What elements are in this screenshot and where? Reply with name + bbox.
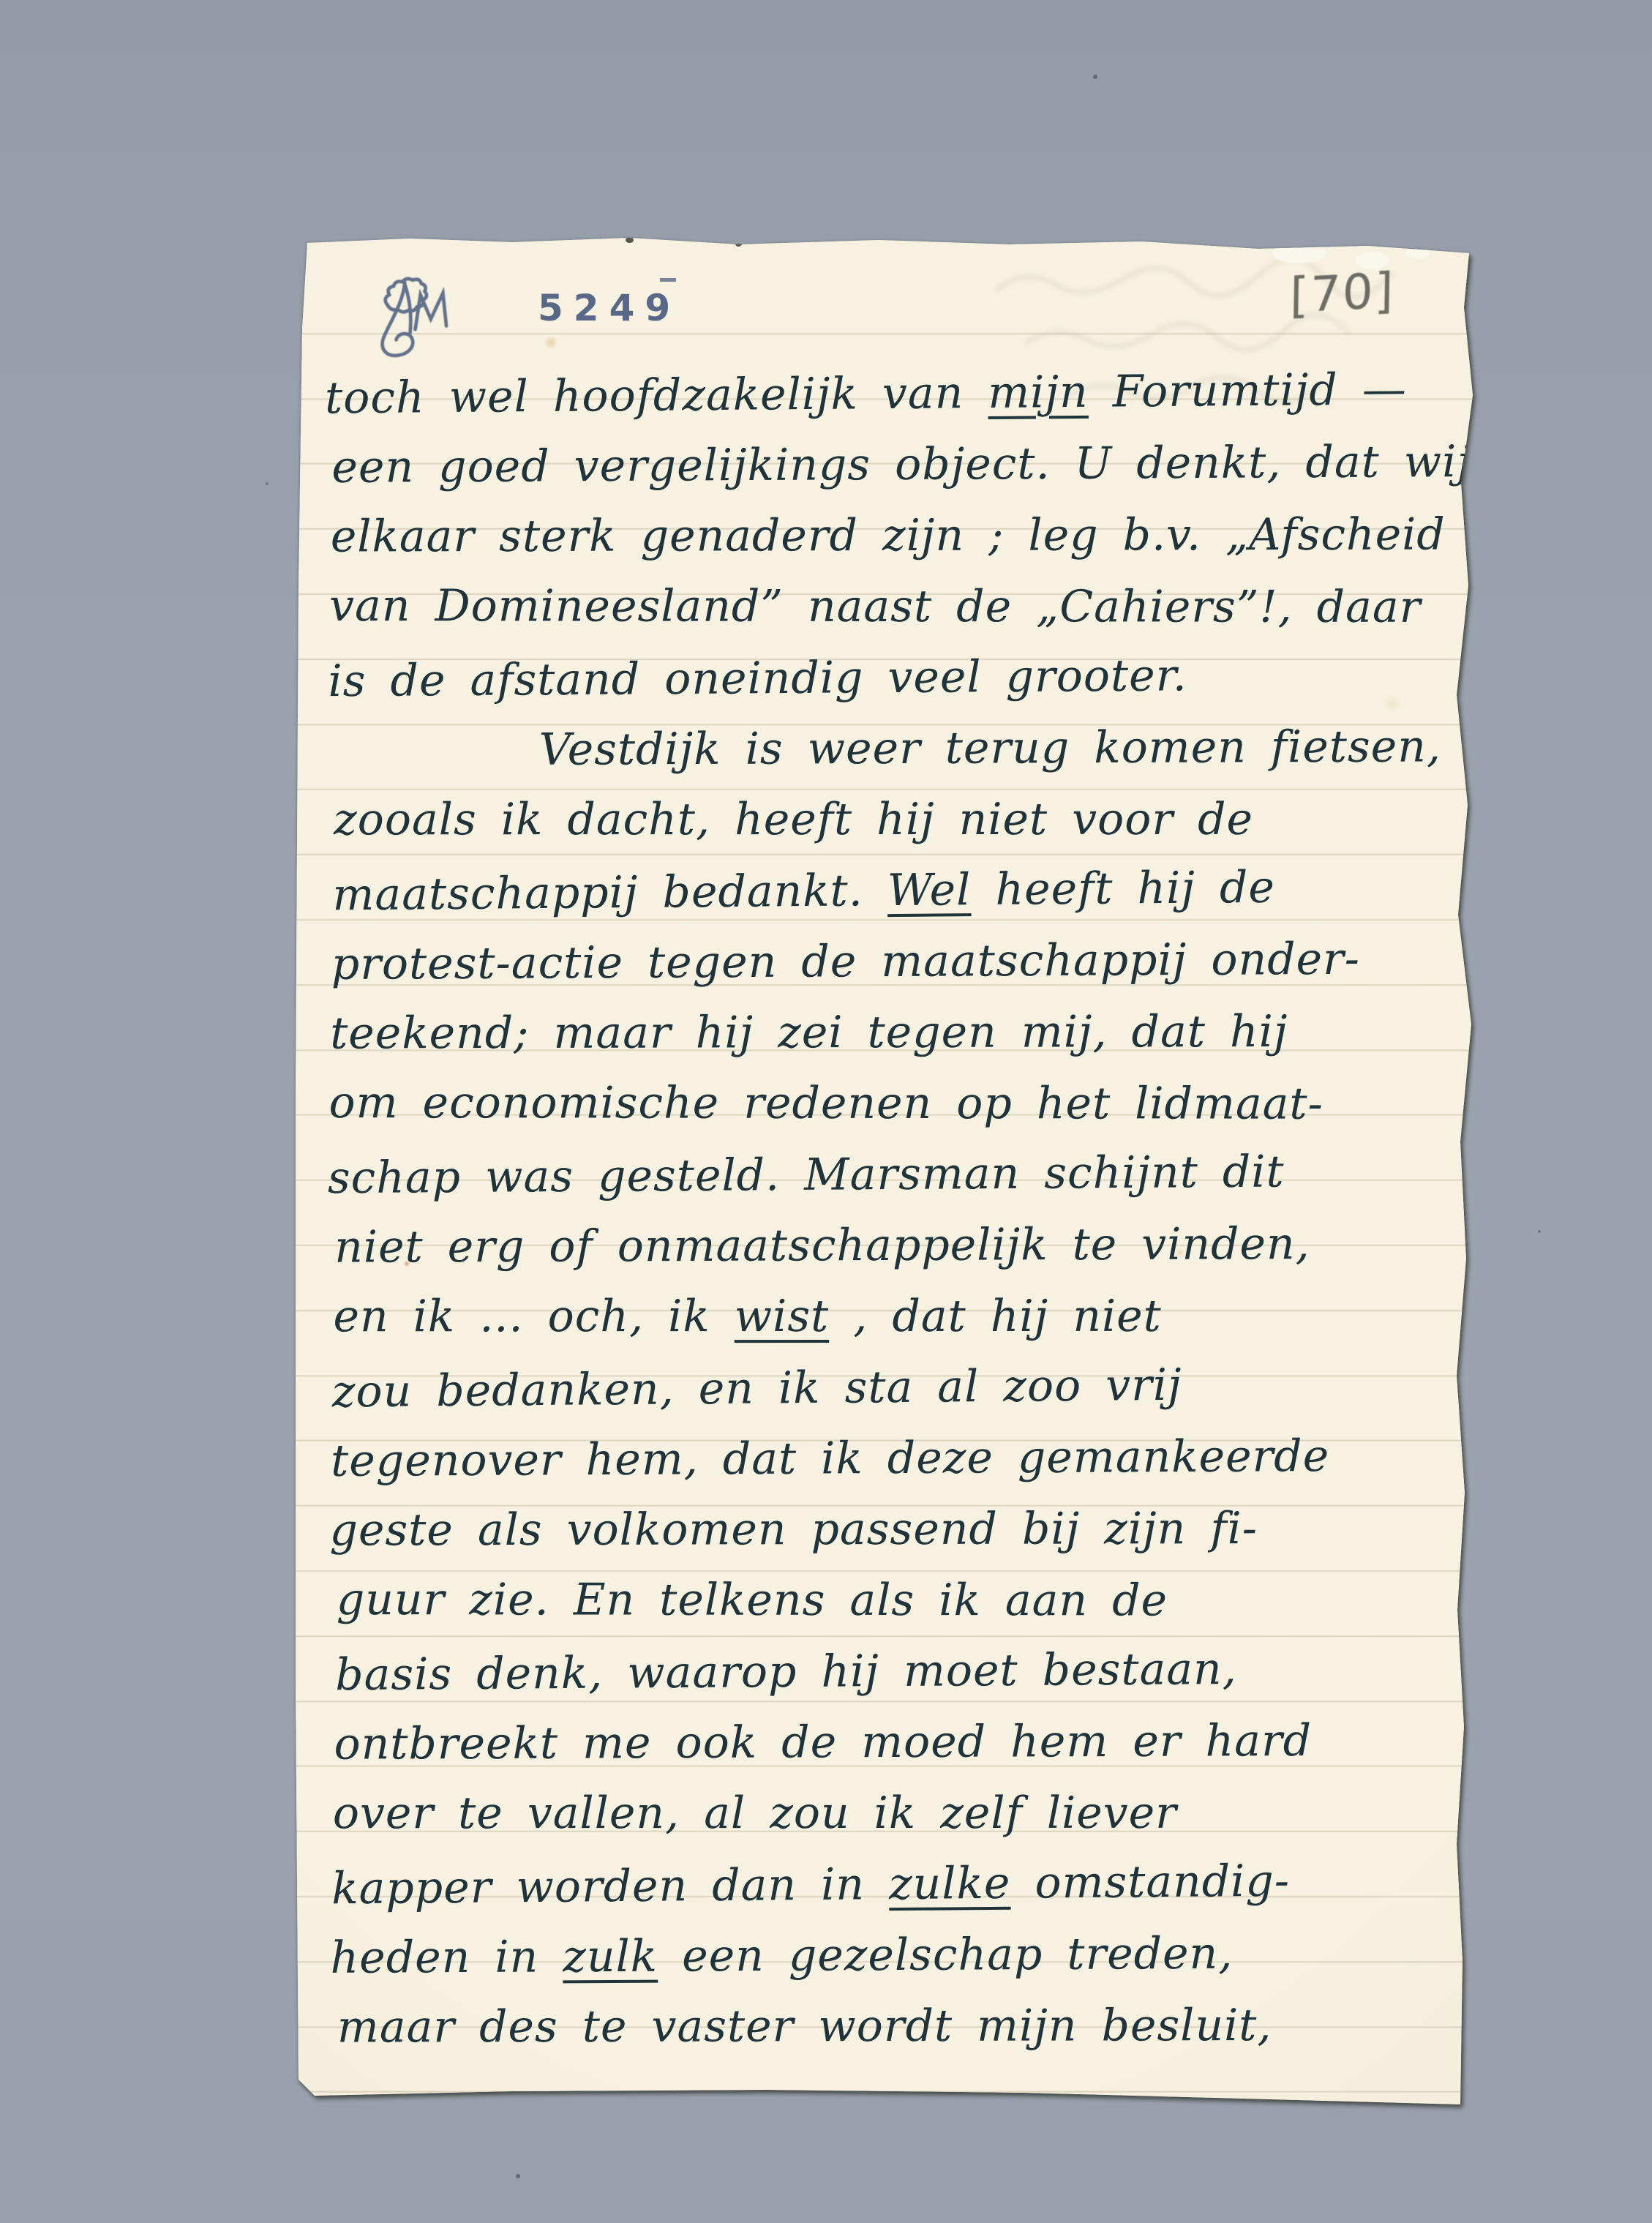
letter-line: basis denk, waarop hij moet bestaan, <box>335 1632 1466 1711</box>
letter-line: niet erg of onmaatschappelijk te vinden, <box>334 1208 1465 1283</box>
text-segment: heden in <box>330 1931 563 1984</box>
text-segment: van Domineesland” naast de „Cahiers”!, d… <box>329 580 1421 633</box>
text-segment: teekend; maar hij zei tegen mij, dat hij <box>330 1006 1288 1060</box>
text-segment: maar des te vaster wordt mijn besluit, <box>337 2000 1272 2053</box>
text-segment: en ik ... och, ik <box>333 1291 734 1342</box>
text-segment: niet erg of onmaatschappelijk te vinden, <box>334 1218 1310 1273</box>
text-segment: over te vallen, al zou ik zelf liever <box>333 1788 1177 1839</box>
text-segment: maatschappij bedankt. <box>332 865 887 921</box>
text-segment: is de afstand oneindig veel grooter. <box>328 650 1187 707</box>
text-segment: om economische redenen op het lidmaat- <box>328 1077 1323 1130</box>
archive-stamp: 5249 <box>365 275 628 370</box>
letter-line: is de afstand oneindig veel grooter. <box>328 639 1459 717</box>
text-segment: guur zie. En telkens als ik aan de <box>337 1574 1168 1626</box>
letter-line: maatschappij bedankt. Wel heeft hij de <box>332 851 1463 931</box>
underlined-word: Wel <box>887 864 972 916</box>
text-segment: een gezelschap treden, <box>658 1928 1234 1982</box>
text-segment: tegenover hem, dat ik deze gemankeerde <box>331 1431 1329 1487</box>
underlined-word: zulk <box>563 1931 658 1983</box>
letter-line: protest-actie tegen de maatschappij onde… <box>331 923 1462 1000</box>
paper-damage-chip <box>1405 246 1430 259</box>
text-segment: elkaar sterk genaderd zijn ; leg b.v. „A… <box>331 509 1446 563</box>
text-segment: toch wel hoofdzakelijk van <box>325 367 988 424</box>
letter-line: zou bedanken, en ik sta al zoo vrij <box>331 1348 1463 1428</box>
stamp-inventory-number: 5249 <box>538 287 680 329</box>
paper-damage-chip <box>1356 252 1389 269</box>
letter-line: kapper worden dan in zulke omstandig- <box>331 1845 1463 1925</box>
letter-line: van Domineesland” naast de „Cahiers”!, d… <box>329 571 1460 643</box>
mat-dust-specks <box>0 0 1 1</box>
text-segment: zou bedanken, en ik sta al zoo vrij <box>332 1360 1182 1418</box>
letter-line: toch wel hoofdzakelijk van mijn Forumtij… <box>325 354 1456 435</box>
letter-page: 5249 [70] toch wel hoofdzakelijk van mij… <box>295 236 1473 2107</box>
letter-line: maar des te vaster wordt mijn besluit, <box>337 1990 1468 2063</box>
text-segment: Forumtijd — <box>1088 364 1407 418</box>
letter-line: over te vallen, al zou ik zelf liever <box>333 1778 1463 1850</box>
text-segment: een goed vergelijkings object. U denkt, … <box>331 436 1471 493</box>
stamp-monogram-icon <box>365 275 460 363</box>
folio-number-pencil: [70] <box>1289 262 1395 324</box>
text-segment: Vestdijk is weer terug komen fietsen, <box>539 721 1441 775</box>
underlined-word: zulke <box>889 1858 1011 1910</box>
text-segment: ontbreekt me ook de moed hem er hard <box>334 1715 1312 1770</box>
letter-line: een goed vergelijkings object. U denkt, … <box>331 427 1462 503</box>
letter-line: en ik ... och, ik wist , dat hij niet <box>333 1281 1463 1353</box>
edge-ink-speck <box>626 237 634 243</box>
paper-damage-chip <box>1272 243 1326 263</box>
letter-line: geste als volkomen passend bij zijn fi- <box>329 1493 1460 1567</box>
letter-line: guur zie. En telkens als ik aan de <box>337 1564 1467 1637</box>
text-segment: omstandig- <box>1010 1856 1290 1909</box>
text-segment: geste als volkomen passend bij zijn fi- <box>329 1503 1258 1556</box>
letter-body: toch wel hoofdzakelijk van mijn Forumtij… <box>328 356 1465 2063</box>
text-segment: schap was gesteld. Marsman schijnt dit <box>328 1146 1285 1204</box>
text-segment: , dat hij niet <box>829 1291 1162 1342</box>
underlined-word: mijn <box>988 367 1089 419</box>
letter-line: om economische redenen op het lidmaat- <box>328 1068 1459 1140</box>
letter-line: zooals ik dacht, heeft hij niet voor de <box>334 784 1464 856</box>
letter-line: Vestdijk is weer terug komen fietsen, <box>327 711 1457 786</box>
letter-line: ontbreekt me ook de moed hem er hard <box>334 1705 1464 1780</box>
letter-line: teekend; maar hij zei tegen mij, dat hij <box>330 997 1460 1070</box>
letter-line: tegenover hem, dat ik deze gemankeerde <box>331 1420 1461 1497</box>
letter-line: elkaar sterk genaderd zijn ; leg b.v. „A… <box>331 500 1461 573</box>
letter-page-wrapper: 5249 [70] toch wel hoofdzakelijk van mij… <box>295 236 1473 2107</box>
edge-ink-speck <box>735 241 742 247</box>
text-segment: kapper worden dan in <box>331 1859 889 1914</box>
text-segment: protest-actie tegen de maatschappij onde… <box>331 934 1361 990</box>
underlined-word: wist <box>735 1291 829 1342</box>
text-segment: zooals ik dacht, heeft hij niet voor de <box>334 794 1253 845</box>
text-segment: heeft hij de <box>971 862 1275 915</box>
text-segment: basis denk, waarop hij moet bestaan, <box>335 1643 1237 1701</box>
letter-line: heden in zulk een gezelschap treden, <box>330 1917 1460 1994</box>
letter-line: schap was gesteld. Marsman schijnt dit <box>328 1136 1459 1214</box>
